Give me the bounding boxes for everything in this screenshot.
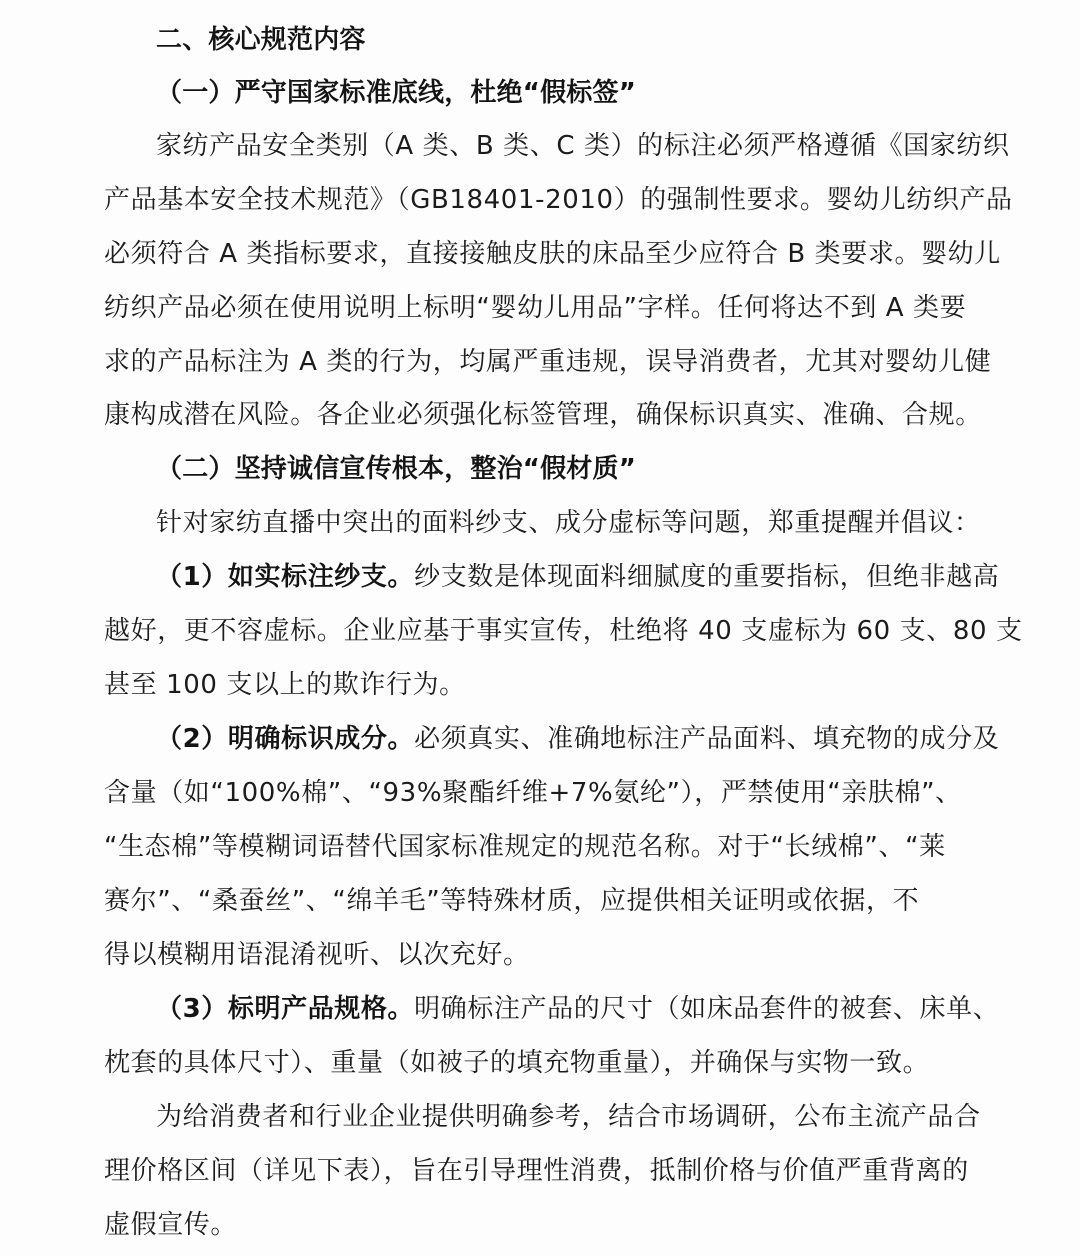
subsection-1-heading: （一）严守国家标准底线，杜绝“假标签” [156,77,1026,109]
item-2-first-line: （2）明确标识成分。必须真实、准确地标注产品面料、填充物的成分及 [156,723,1026,755]
subsection-2-intro: 针对家纺直播中突出的面料纱支、成分虚标等问题，郑重提醒并倡议： [156,507,1026,539]
item-3-text: 明确标注产品的尺寸（如床品套件的被套、床单、 [414,994,999,1024]
section-heading: 二、核心规范内容 [156,24,1026,56]
item-3-first-line: （3）标明产品规格。明确标注产品的尺寸（如床品套件的被套、床单、 [156,993,1026,1025]
paragraph-line: 康构成潜在风险。各企业必须强化标签管理，确保标识真实、准确、合规。 [104,399,974,431]
item-1-text: 纱支数是体现面料细腻度的重要指标，但绝非越高 [414,562,999,592]
paragraph-line: 求的产品标注为 A 类的行为，均属严重违规，误导消费者，尤其对婴幼儿健 [104,346,974,378]
closing-line: 为给消费者和行业企业提供明确参考，结合市场调研，公布主流产品合 [156,1101,1026,1133]
item-2-text: 必须真实、准确地标注产品面料、填充物的成分及 [414,724,999,754]
paragraph-line: 家纺产品安全类别（A 类、B 类、C 类）的标注必须严格遵循《国家纺织 [156,130,1026,162]
paragraph-line: “生态棉”等模糊词语替代国家标准规定的规范名称。对于“长绒棉”、“莱 [104,831,974,863]
paragraph-line: 纺织产品必须在使用说明上标明“婴幼儿用品”字样。任何将达不到 A 类要 [104,292,974,324]
paragraph-line: 必须符合 A 类指标要求，直接接触皮肤的床品至少应符合 B 类要求。婴幼儿 [104,238,974,270]
item-3-lead: （3）标明产品规格。 [156,994,414,1024]
subsection-2-heading: （二）坚持诚信宣传根本，整治“假材质” [156,453,1026,485]
paragraph-line: 枕套的具体尺寸）、重量（如被子的填充物重量），并确保与实物一致。 [104,1047,974,1079]
paragraph-line: 甚至 100 支以上的欺诈行为。 [104,669,974,701]
document-page: 二、核心规范内容 （一）严守国家标准底线，杜绝“假标签” 家纺产品安全类别（A … [0,0,1080,1256]
paragraph-line: 赛尔”、“桑蚕丝”、“绵羊毛”等特殊材质，应提供相关证明或依据，不 [104,885,974,917]
paragraph-line: 产品基本安全技术规范》（GB18401-2010）的强制性要求。婴幼儿纺织产品 [104,184,974,216]
item-1-lead: （1）如实标注纱支。 [156,562,414,592]
item-1-first-line: （1）如实标注纱支。纱支数是体现面料细腻度的重要指标，但绝非越高 [156,561,1026,593]
paragraph-line: 含量（如“100%棉”、“93%聚酯纤维+7%氨纶”），严禁使用“亲肤棉”、 [104,777,974,809]
closing-line: 理价格区间（详见下表），旨在引导理性消费，抵制价格与价值严重背离的 [104,1155,974,1187]
paragraph-line: 得以模糊用语混淆视听、以次充好。 [104,939,974,971]
paragraph-line: 越好，更不容虚标。企业应基于事实宣传，杜绝将 40 支虚标为 60 支、80 支 [104,615,974,647]
closing-line: 虚假宣传。 [104,1209,974,1241]
item-2-lead: （2）明确标识成分。 [156,724,414,754]
